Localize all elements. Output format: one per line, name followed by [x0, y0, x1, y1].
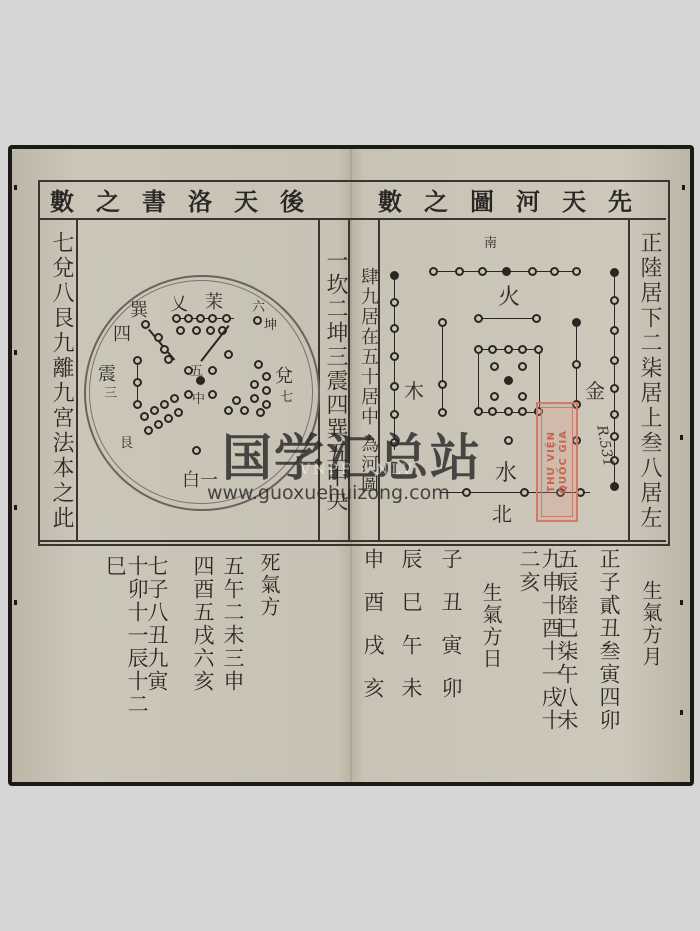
lower-divider [38, 540, 666, 542]
right-title: 數之圖河天先 [378, 182, 654, 217]
life-qi-day-col-3: 申酉戌亥 [362, 548, 384, 748]
hetu-label-wood: 木 [404, 375, 424, 404]
watermark-site-name: 国学汇总站 [222, 418, 482, 490]
hetu-label-water: 水 [495, 456, 517, 487]
binding-mark [680, 600, 683, 605]
binding-mark [680, 710, 683, 715]
luoshu-label-bottomleft: 艮 [120, 432, 133, 451]
death-qi-col-4: 十卯十一辰十二巳 [104, 555, 148, 730]
life-qi-day-heading: 生氣方日 [480, 582, 501, 672]
binding-mark [682, 185, 685, 190]
left-title: 數之書洛天後 [50, 182, 326, 217]
left-caption-column: 七兌八艮九離九宮法本之此 [44, 226, 72, 536]
hetu-label-fire: 火 [498, 280, 520, 311]
binding-mark [14, 505, 17, 510]
binding-mark [680, 435, 683, 440]
luoshu-label-center-2: 中 [192, 388, 205, 407]
stamp-line-2: QUỐC GIA [558, 430, 569, 494]
watermark-url: www.guoxuehuizong.com [207, 482, 450, 504]
library-stamp: THƯ VIỆN QUỐC GIA [536, 402, 578, 522]
death-qi-col-2: 四酉五戌六亥 [192, 555, 214, 725]
life-qi-month-heading: 生氣方月 [640, 580, 661, 670]
hetu-label-top: 南 [484, 232, 497, 251]
life-qi-month-col-1: 正子貳丑叁寅四卯 [598, 548, 620, 748]
death-qi-heading: 死氣方 [258, 552, 279, 632]
luoshu-label-left-2: 三 [104, 382, 117, 401]
luoshu-label-topleft-2: 四 [113, 320, 131, 346]
luoshu-bottom-one [192, 446, 201, 455]
binding-mark [14, 185, 17, 190]
right-caption-column: 正陸居下二柒居上叁八居左 [634, 226, 660, 536]
hetu-label-bottom: 北 [492, 498, 512, 527]
watermark-faint-overlay: VNPF · NLV [300, 462, 415, 478]
title-row: 數之書洛天後 數之圖河天先 [38, 180, 666, 220]
luoshu-label-topleft: 巽 [130, 296, 148, 322]
death-qi-col-3: 七子八丑九寅 [146, 555, 168, 725]
binding-mark [14, 600, 17, 605]
luoshu-label-center: 五 [190, 360, 203, 379]
life-qi-day-col-1: 子丑寅卯 [440, 548, 462, 748]
life-qi-month-col-3: 九申十酉十一戌十二亥 [518, 548, 562, 748]
death-qi-col-1: 五午二未三申 [222, 555, 244, 725]
luoshu-label-right: 兌 [275, 362, 293, 388]
stamp-line-1: THƯ VIỆN [546, 431, 557, 493]
hetu-label-metal: 金 [585, 375, 605, 404]
luoshu-label-right-2: 七 [280, 386, 293, 405]
binding-mark [14, 350, 17, 355]
luoshu-label-topright: 六 [252, 296, 265, 315]
luoshu-label-top: 乂 [170, 290, 188, 316]
life-qi-day-col-2: 辰巳午未 [400, 548, 422, 748]
luoshu-label-top-2: 茉 [205, 288, 223, 314]
luoshu-label-topright-2: 坤 [264, 314, 277, 333]
column-divider [76, 220, 78, 542]
column-divider [628, 220, 630, 542]
